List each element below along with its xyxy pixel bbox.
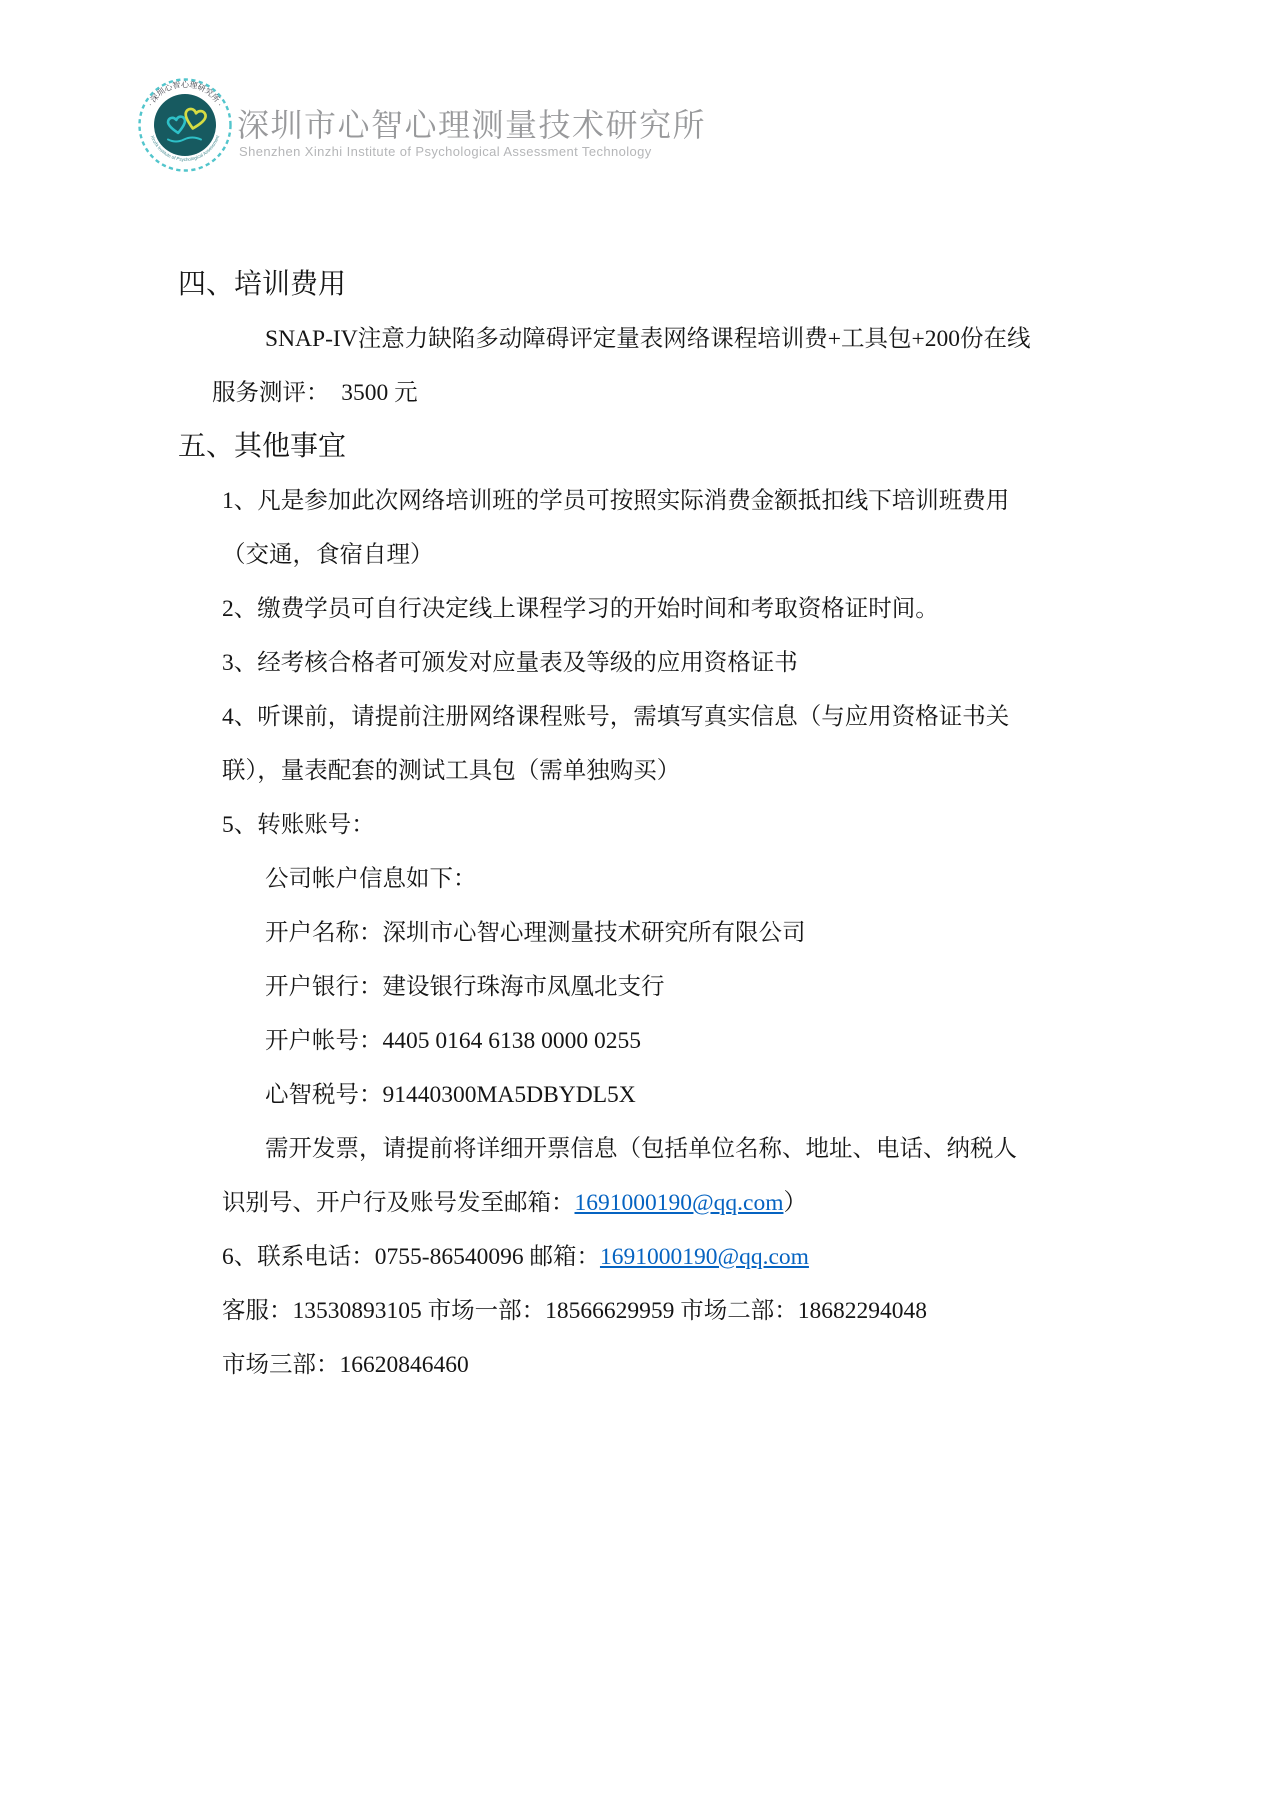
doc-line-11: 5、转账账号： (0, 798, 1280, 852)
doc-line-7: 2、缴费学员可自行决定线上课程学习的开始时间和考取资格证时间。 (0, 582, 1280, 636)
doc-line-5: 1、凡是参加此次网络培训班的学员可按照实际消费金额抵扣线下培训班费用 (0, 474, 1280, 528)
text-run: 5、转账账号： (222, 812, 375, 838)
text-run: 开户银行：建设银行珠海市凤凰北支行 (265, 974, 665, 1000)
email-link[interactable]: 1691000190@qq.com (600, 1244, 809, 1270)
text-run: 需开发票，请提前将详细开票信息（包括单位名称、地址、电话、纳税人 (265, 1136, 1017, 1162)
doc-line-17: 需开发票，请提前将详细开票信息（包括单位名称、地址、电话、纳税人 (0, 1122, 1280, 1176)
doc-line-10: 联），量表配套的测试工具包（需单独购买） (0, 744, 1280, 798)
text-run: 四、培训费用 (178, 269, 346, 300)
text-run: 3、经考核合格者可颁发对应量表及等级的应用资格证书 (222, 650, 798, 676)
text-run: 识别号、开户行及账号发至邮箱： (222, 1190, 575, 1216)
doc-line-9: 4、听课前，请提前注册网络课程账号，需填写真实信息（与应用资格证书关 (0, 690, 1280, 744)
doc-line-20: 客服：13530893105 市场一部：18566629959 市场二部：186… (0, 1284, 1280, 1338)
text-run: 开户帐号：4405 0164 6138 0000 0255 (265, 1028, 641, 1054)
text-run: 五、其他事宜 (178, 431, 346, 462)
email-link[interactable]: 1691000190@qq.com (575, 1190, 784, 1216)
doc-line-12: 公司帐户信息如下： (0, 852, 1280, 906)
document-body: 四、培训费用SNAP-IV注意力缺陷多动障碍评定量表网络课程培训费+工具包+20… (0, 258, 1280, 1392)
text-run: 服务测评： 3500 元 (212, 380, 418, 406)
doc-line-1: 四、培训费用 (0, 258, 1280, 312)
text-run: 联），量表配套的测试工具包（需单独购买） (222, 758, 680, 784)
text-run: （交通，食宿自理） (222, 542, 434, 568)
doc-line-21: 市场三部：16620846460 (0, 1338, 1280, 1392)
text-run: 公司帐户信息如下： (265, 866, 477, 892)
doc-line-15: 开户帐号：4405 0164 6138 0000 0255 (0, 1014, 1280, 1068)
doc-line-16: 心智税号：91440300MA5DBYDL5X (0, 1068, 1280, 1122)
text-run: 6、联系电话：0755-86540096 邮箱： (222, 1244, 600, 1270)
doc-line-3: 服务测评： 3500 元 (0, 366, 1280, 420)
doc-line-19: 6、联系电话：0755-86540096 邮箱：1691000190@qq.co… (0, 1230, 1280, 1284)
text-run: 心智税号：91440300MA5DBYDL5X (265, 1082, 636, 1108)
doc-line-13: 开户名称：深圳市心智心理测量技术研究所有限公司 (0, 906, 1280, 960)
doc-line-14: 开户银行：建设银行珠海市凤凰北支行 (0, 960, 1280, 1014)
text-run: SNAP-IV注意力缺陷多动障碍评定量表网络课程培训费+工具包+200份在线 (265, 326, 1030, 352)
doc-line-18: 识别号、开户行及账号发至邮箱：1691000190@qq.com） (0, 1176, 1280, 1230)
doc-line-4: 五、其他事宜 (0, 420, 1280, 474)
institute-subtitle: Shenzhen Xinzhi Institute of Psychologic… (239, 144, 652, 159)
doc-line-6: （交通，食宿自理） (0, 528, 1280, 582)
text-run: 市场三部：16620846460 (222, 1352, 469, 1378)
doc-line-2: SNAP-IV注意力缺陷多动障碍评定量表网络课程培训费+工具包+200份在线 (0, 312, 1280, 366)
institute-logo: · 深圳心智心理研究所 · Xinzhi Institute of Psycho… (137, 77, 233, 173)
text-run: 2、缴费学员可自行决定线上课程学习的开始时间和考取资格证时间。 (222, 596, 939, 622)
institute-title: 深圳市心智心理测量技术研究所 (237, 100, 706, 146)
text-run: 客服：13530893105 市场一部：18566629959 市场二部：186… (222, 1298, 927, 1324)
doc-line-8: 3、经考核合格者可颁发对应量表及等级的应用资格证书 (0, 636, 1280, 690)
text-run: 开户名称：深圳市心智心理测量技术研究所有限公司 (265, 920, 806, 946)
text-run: 1、凡是参加此次网络培训班的学员可按照实际消费金额抵扣线下培训班费用 (222, 488, 1009, 514)
text-run: 4、听课前，请提前注册网络课程账号，需填写真实信息（与应用资格证书关 (222, 704, 1009, 730)
page: · 深圳心智心理研究所 · Xinzhi Institute of Psycho… (0, 0, 1280, 1808)
institute-logo-icon: · 深圳心智心理研究所 · Xinzhi Institute of Psycho… (137, 77, 233, 173)
text-run: ） (783, 1190, 807, 1216)
